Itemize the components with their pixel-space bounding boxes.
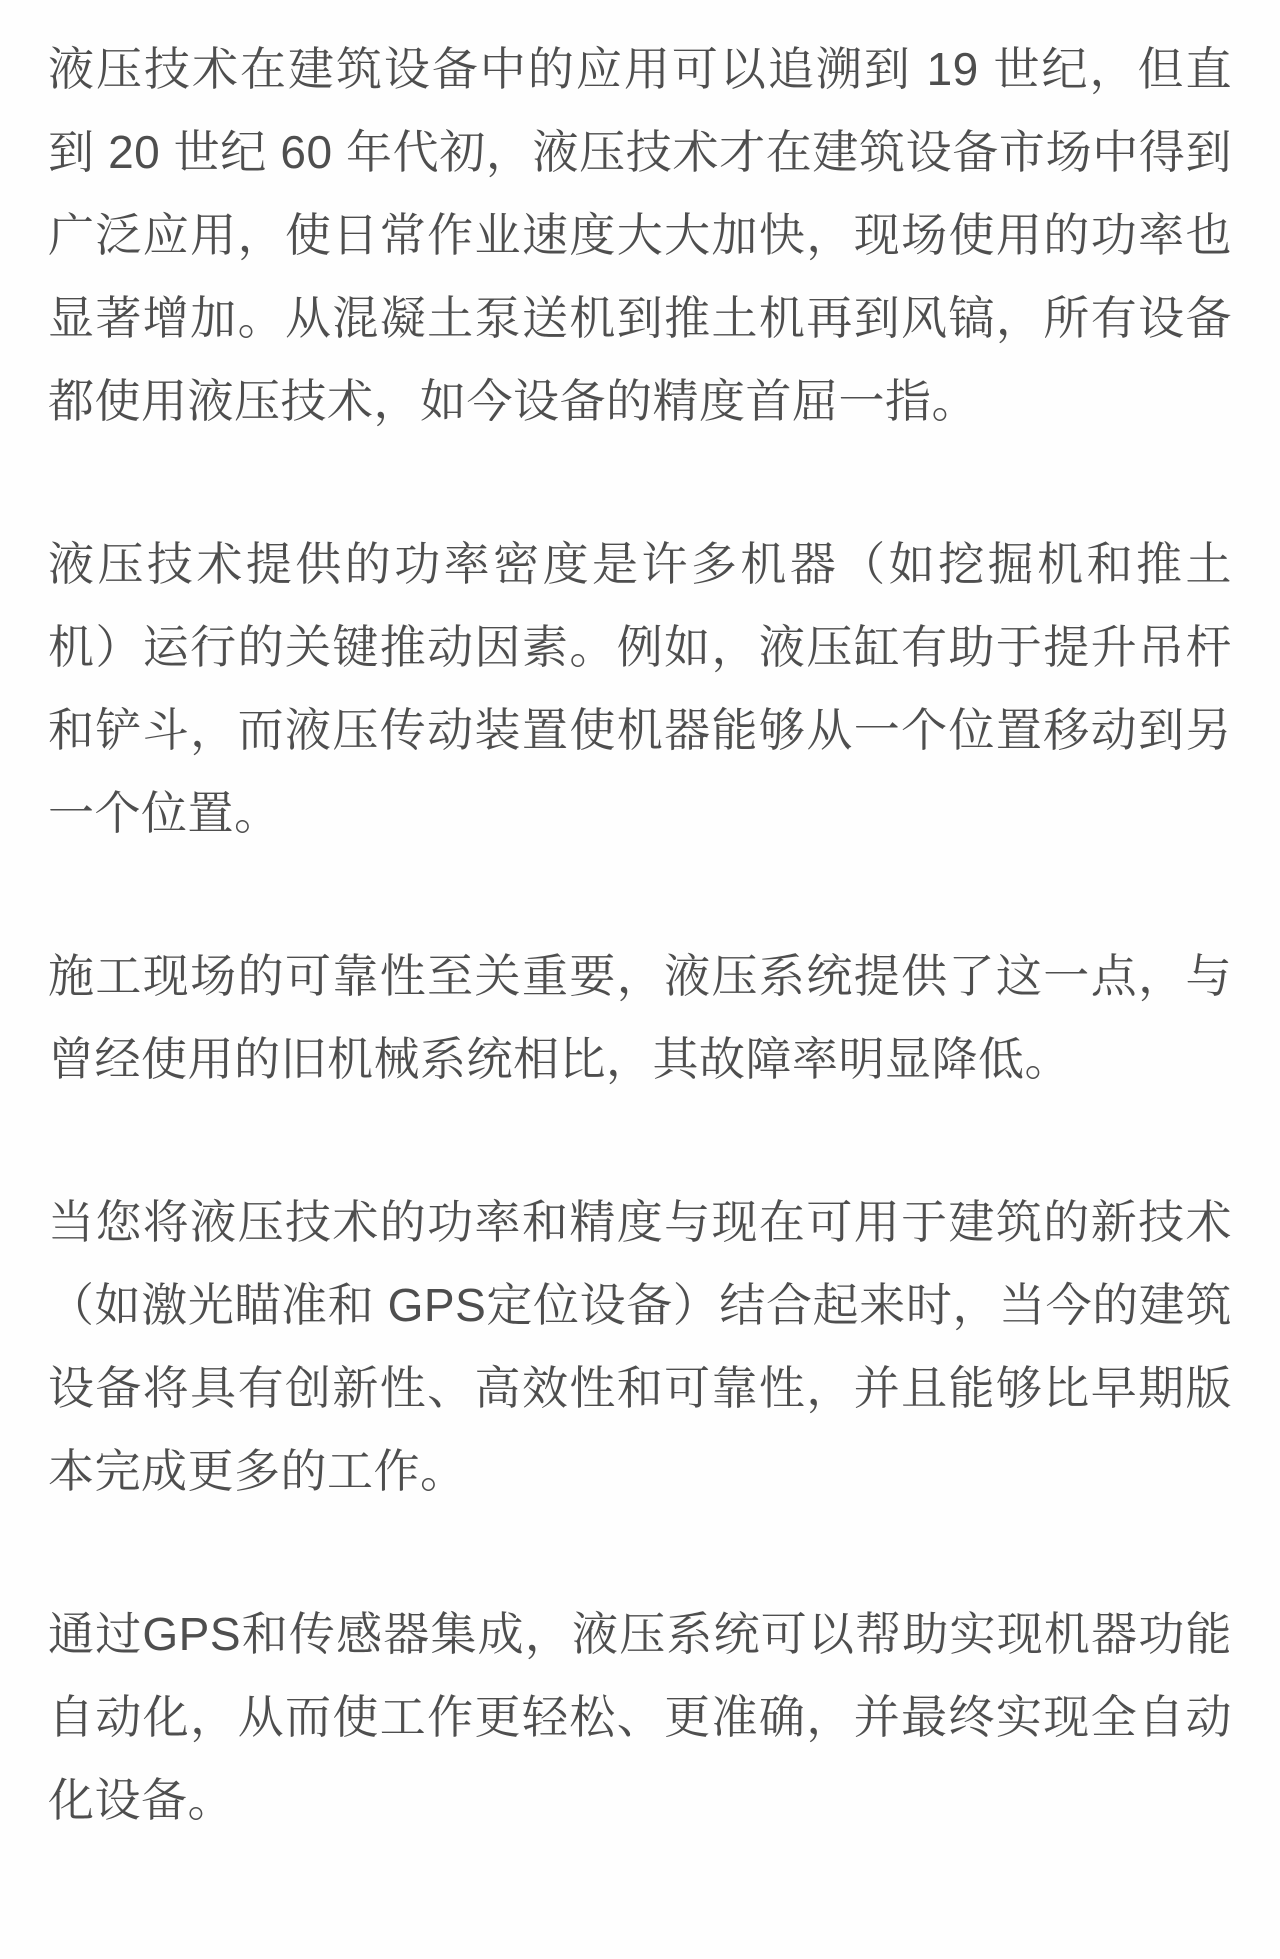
paragraph-power-density: 液压技术提供的功率密度是许多机器（如挖掘机和推土机）运行的关键推动因素。例如，液… xyxy=(48,523,1232,855)
paragraph-new-technology: 当您将液压技术的功率和精度与现在可用于建筑的新技术（如激光瞄准和 GPS定位设备… xyxy=(48,1181,1232,1513)
paragraph-reliability: 施工现场的可靠性至关重要，液压系统提供了这一点，与曾经使用的旧机械系统相比，其故… xyxy=(48,935,1232,1101)
paragraph-hydraulics-history: 液压技术在建筑设备中的应用可以追溯到 19 世纪，但直到 20 世纪 60 年代… xyxy=(48,28,1232,443)
paragraph-gps-automation: 通过GPS和传感器集成，液压系统可以帮助实现机器功能自动化，从而使工作更轻松、更… xyxy=(48,1593,1232,1842)
article-body: 液压技术在建筑设备中的应用可以追溯到 19 世纪，但直到 20 世纪 60 年代… xyxy=(0,0,1280,1882)
